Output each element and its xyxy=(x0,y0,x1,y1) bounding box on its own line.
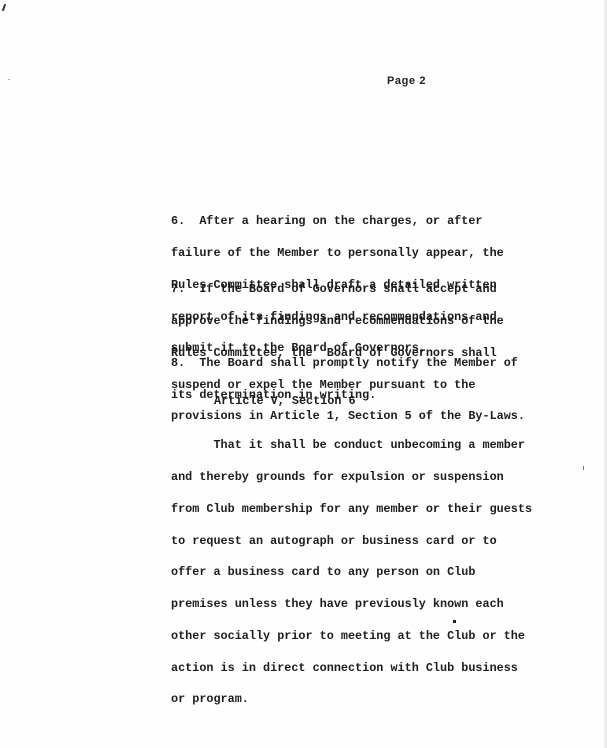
text-line: approve the findings and recommendations… xyxy=(171,316,525,327)
scan-speck xyxy=(453,620,456,623)
text-line: other socially prior to meeting at the C… xyxy=(171,631,532,642)
text-line: 6. After a hearing on the charges, or af… xyxy=(171,216,504,227)
text-line: premises unless they have previously kno… xyxy=(171,599,532,610)
text-line: 7. If the Board of Governors shall accep… xyxy=(171,284,525,295)
text-line: or program. xyxy=(171,694,532,705)
text-line: action is in direct connection with Club… xyxy=(171,663,532,674)
article-body: That it shall be conduct unbecoming a me… xyxy=(171,419,532,726)
paragraph-item-8: 8. The Board shall promptly notify the M… xyxy=(171,337,518,422)
text-line: to request an autograph or business card… xyxy=(171,536,532,547)
text-line: failure of the Member to personally appe… xyxy=(171,248,504,259)
document-page: Page 2 6. After a hearing on the charges… xyxy=(0,0,607,748)
text-line: offer a business card to any person on C… xyxy=(171,567,532,578)
scan-speck xyxy=(583,466,584,470)
scan-speck xyxy=(2,4,6,11)
text-line: and thereby grounds for expulsion or sus… xyxy=(171,472,532,483)
text-line: 8. The Board shall promptly notify the M… xyxy=(171,358,518,369)
text-line: from Club membership for any member or t… xyxy=(171,504,532,515)
text-line: That it shall be conduct unbecoming a me… xyxy=(171,440,532,451)
scan-speck xyxy=(8,79,10,80)
article-heading: Article V, Section 6 xyxy=(214,396,356,407)
page-number: Page 2 xyxy=(387,75,426,87)
